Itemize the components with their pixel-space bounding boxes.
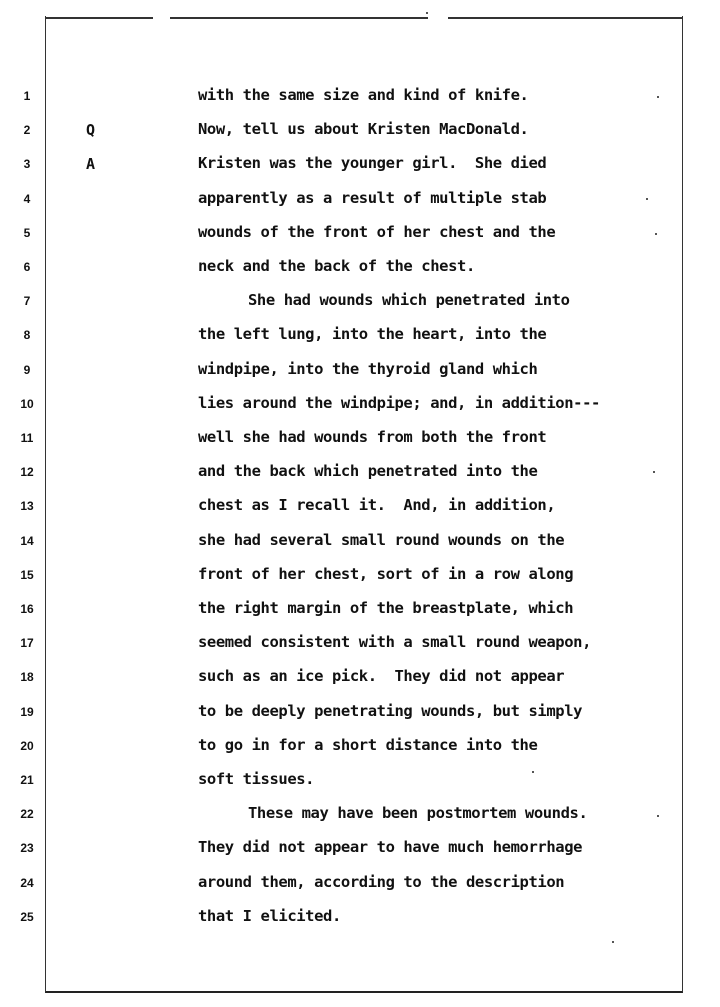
line-number: 23 bbox=[14, 841, 40, 855]
speaker-label: A bbox=[86, 155, 95, 173]
line-number: 2 bbox=[14, 123, 40, 137]
transcript-line: windpipe, into the thyroid gland which bbox=[198, 360, 537, 378]
transcript-line: neck and the back of the chest. bbox=[198, 257, 475, 275]
transcript-line: chest as I recall it. And, in addition, bbox=[198, 496, 555, 514]
transcript-line: to go in for a short distance into the bbox=[198, 736, 537, 754]
line-number: 7 bbox=[14, 294, 40, 308]
line-number: 11 bbox=[14, 431, 40, 445]
line-number: 16 bbox=[14, 602, 40, 616]
transcript-line: front of her chest, sort of in a row alo… bbox=[198, 565, 573, 583]
scan-speck bbox=[646, 198, 648, 200]
scan-speck bbox=[657, 815, 659, 817]
line-number: 4 bbox=[14, 192, 40, 206]
line-number: 8 bbox=[14, 328, 40, 342]
line-number: 1 bbox=[14, 89, 40, 103]
transcript-line: These may have been postmortem wounds. bbox=[248, 804, 587, 822]
transcript-line: that I elicited. bbox=[198, 907, 341, 925]
transcript-line: Now, tell us about Kristen MacDonald. bbox=[198, 120, 528, 138]
scan-speck bbox=[655, 233, 657, 235]
line-number: 5 bbox=[14, 226, 40, 240]
transcript-line: They did not appear to have much hemorrh… bbox=[198, 838, 582, 856]
transcript-line: such as an ice pick. They did not appear bbox=[198, 667, 564, 685]
transcript-line: she had several small round wounds on th… bbox=[198, 531, 564, 549]
speaker-label: Q bbox=[86, 121, 95, 139]
line-number: 22 bbox=[14, 807, 40, 821]
line-number: 13 bbox=[14, 499, 40, 513]
transcript-line: to be deeply penetrating wounds, but sim… bbox=[198, 702, 582, 720]
scan-speck bbox=[657, 96, 659, 98]
line-number: 10 bbox=[14, 397, 40, 411]
line-number: 3 bbox=[14, 157, 40, 171]
transcript-line: the right margin of the breastplate, whi… bbox=[198, 599, 573, 617]
transcript-line: around them, according to the descriptio… bbox=[198, 873, 564, 891]
line-number: 24 bbox=[14, 876, 40, 890]
transcript-line: She had wounds which penetrated into bbox=[248, 291, 570, 309]
line-number: 12 bbox=[14, 465, 40, 479]
transcript-line: and the back which penetrated into the bbox=[198, 462, 537, 480]
scan-speck bbox=[653, 471, 655, 473]
transcript-line: wounds of the front of her chest and the bbox=[198, 223, 555, 241]
line-number: 21 bbox=[14, 773, 40, 787]
line-number: 14 bbox=[14, 534, 40, 548]
line-number: 17 bbox=[14, 636, 40, 650]
line-number: 20 bbox=[14, 739, 40, 753]
transcript-line: soft tissues. bbox=[198, 770, 314, 788]
transcript-line: with the same size and kind of knife. bbox=[198, 86, 528, 104]
transcript-line: the left lung, into the heart, into the bbox=[198, 325, 546, 343]
transcript-line: seemed consistent with a small round wea… bbox=[198, 633, 591, 651]
scan-speck bbox=[532, 771, 534, 773]
line-number: 15 bbox=[14, 568, 40, 582]
scan-speck bbox=[612, 941, 614, 943]
line-number: 19 bbox=[14, 705, 40, 719]
line-number: 9 bbox=[14, 363, 40, 377]
line-number: 18 bbox=[14, 670, 40, 684]
scan-speck bbox=[426, 12, 428, 14]
transcript-line: well she had wounds from both the front bbox=[198, 428, 546, 446]
line-number: 6 bbox=[14, 260, 40, 274]
transcript-line: Kristen was the younger girl. She died bbox=[198, 154, 546, 172]
line-number: 25 bbox=[14, 910, 40, 924]
transcript-line: apparently as a result of multiple stab bbox=[198, 189, 546, 207]
transcript-line: lies around the windpipe; and, in additi… bbox=[198, 394, 600, 412]
